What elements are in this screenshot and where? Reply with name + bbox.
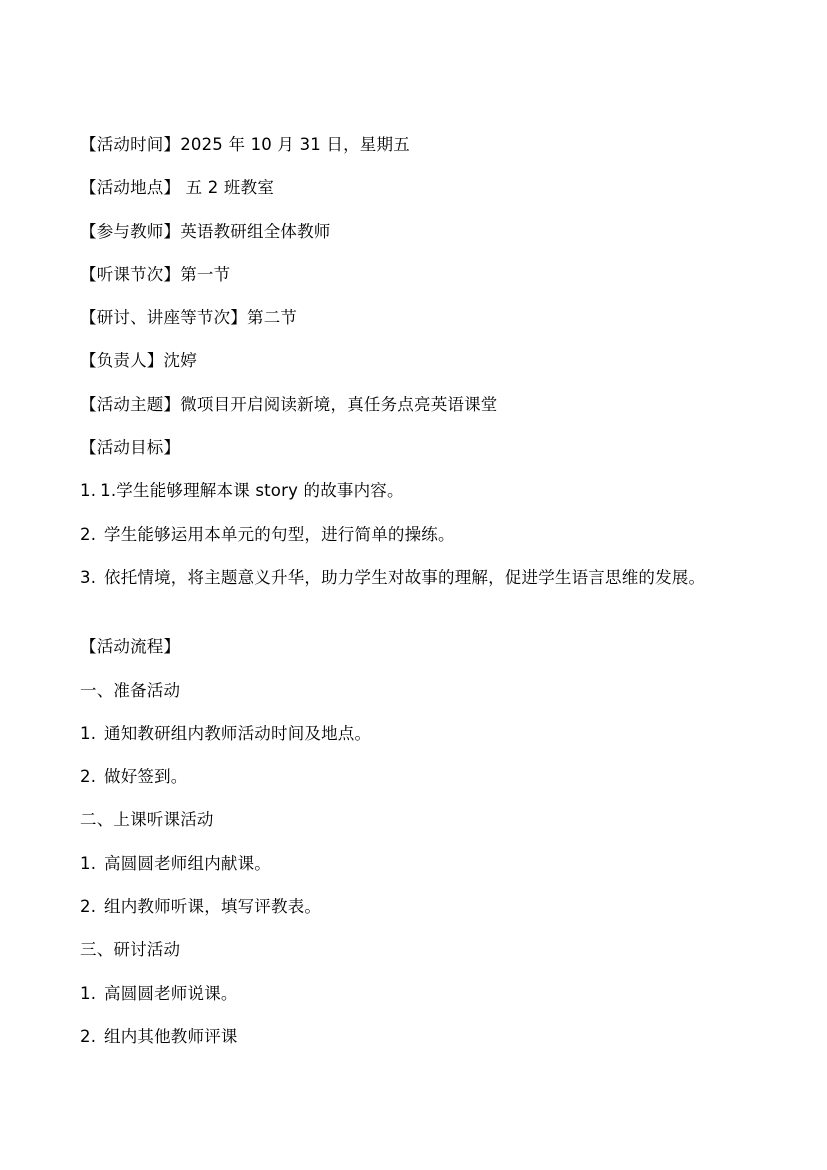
info-activity-location: 【活动地点】 五 2 班教室	[80, 175, 768, 218]
process-heading: 【活动流程】	[80, 634, 768, 677]
info-person-in-charge: 【负责人】沈婷	[80, 348, 768, 391]
process-item: 1.高圆圆老师组内献课。	[80, 851, 768, 894]
process-item: 1.通知教研组内教师活动时间及地点。	[80, 721, 768, 764]
process-item-text: 通知教研组内教师活动时间及地点。	[104, 724, 371, 743]
process-section-title: 一、准备活动	[80, 678, 768, 721]
process-item-text: 高圆圆老师说课。	[104, 984, 238, 1003]
info-label: 【活动地点】	[80, 178, 180, 197]
goal-number: 1.	[80, 478, 96, 504]
info-value: 五 2 班教室	[180, 178, 274, 197]
process-item: 1.高圆圆老师说课。	[80, 981, 768, 1024]
info-value: 英语教研组全体教师	[180, 222, 330, 241]
info-label: 【活动时间】	[80, 135, 180, 154]
process-section-title: 三、研讨活动	[80, 937, 768, 980]
goal-text: 依托情境，将主题意义升华，助力学生对故事的理解，促进学生语言思维的发展。	[104, 568, 705, 587]
info-label: 【负责人】	[80, 351, 164, 370]
info-value: 第一节	[180, 265, 230, 284]
process-item: 2.做好签到。	[80, 764, 768, 807]
goal-number: 2.	[80, 522, 104, 548]
document-page: 【活动时间】2025 年 10 月 31 日，星期五 【活动地点】 五 2 班教…	[80, 132, 768, 1067]
process-item-number: 1.	[80, 851, 104, 877]
info-label: 【研讨、讲座等节次】	[80, 308, 247, 327]
goals-heading: 【活动目标】	[80, 435, 768, 478]
info-value: 微项目开启阅读新境，真任务点亮英语课堂	[180, 395, 497, 414]
process-item-number: 1.	[80, 981, 104, 1007]
info-value: 2025 年 10 月 31 日，星期五	[180, 135, 410, 154]
info-activity-time: 【活动时间】2025 年 10 月 31 日，星期五	[80, 132, 768, 175]
process-item-text: 高圆圆老师组内献课。	[104, 854, 271, 873]
info-value: 第二节	[247, 308, 297, 327]
process-item-number: 1.	[80, 721, 104, 747]
goal-number: 3.	[80, 556, 104, 599]
info-value: 沈婷	[164, 351, 197, 370]
info-label: 【活动主题】	[80, 395, 180, 414]
goal-item: 3.依托情境，将主题意义升华，助力学生对故事的理解，促进学生语言思维的发展。	[80, 556, 768, 643]
process-item-number: 2.	[80, 764, 104, 790]
info-seminar-period: 【研讨、讲座等节次】第二节	[80, 305, 768, 348]
goal-item: 1.1.学生能够理解本课 story 的故事内容。	[80, 478, 768, 521]
process-item-number: 2.	[80, 894, 104, 920]
goal-text: 学生能够运用本单元的句型，进行简单的操练。	[104, 525, 455, 544]
process-item-text: 做好签到。	[104, 767, 188, 786]
process-item: 2.组内教师听课，填写评教表。	[80, 894, 768, 937]
info-lesson-period: 【听课节次】第一节	[80, 262, 768, 305]
process-item-text: 组内其他教师评课	[104, 1027, 238, 1046]
info-label: 【听课节次】	[80, 265, 180, 284]
goal-text: 1.学生能够理解本课 story 的故事内容。	[100, 481, 404, 500]
info-participants: 【参与教师】英语教研组全体教师	[80, 219, 768, 262]
process-item-text: 组内教师听课，填写评教表。	[104, 897, 321, 916]
process-section-title: 二、上课听课活动	[80, 807, 768, 850]
process-item: 2.组内其他教师评课	[80, 1024, 768, 1067]
process-item-number: 2.	[80, 1024, 104, 1050]
info-activity-theme: 【活动主题】微项目开启阅读新境，真任务点亮英语课堂	[80, 392, 768, 435]
info-label: 【参与教师】	[80, 222, 180, 241]
